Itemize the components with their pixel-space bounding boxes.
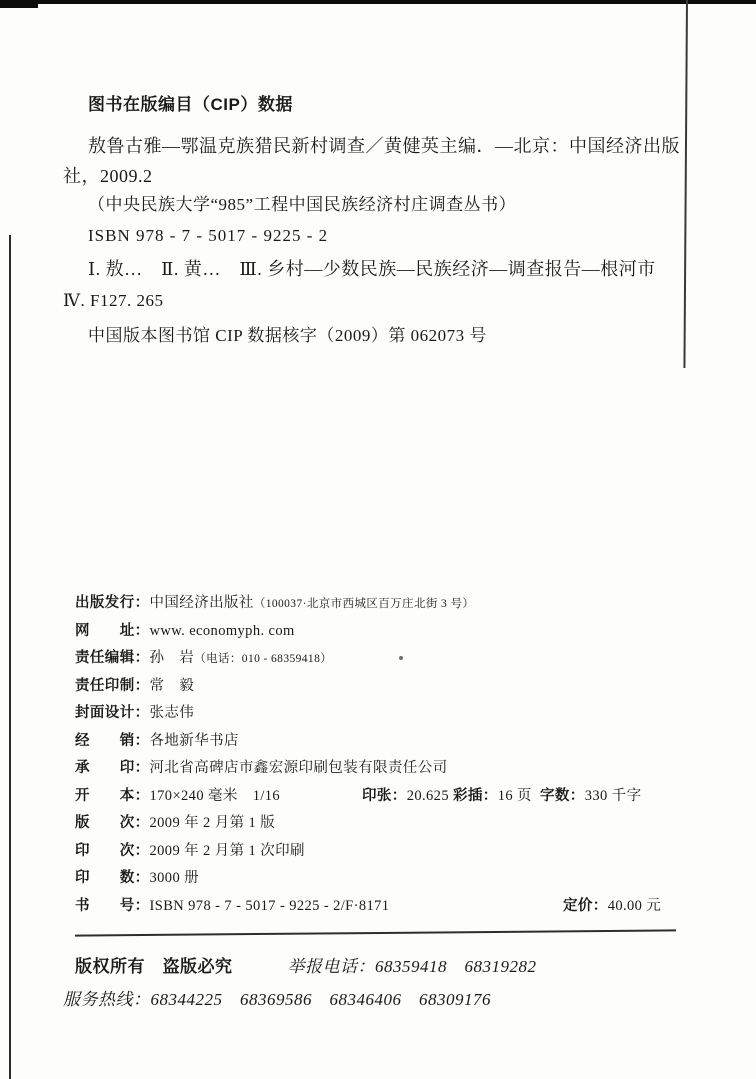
colophon-row-publisher: 出版发行：中国经济出版社（100037·北京市西城区百万庄北街 3 号） <box>75 590 700 618</box>
cip-classification-continuation: Ⅳ. F127. 265 <box>63 289 163 313</box>
colophon-value: 170×240 毫米 1/16 <box>150 788 281 804</box>
service-hotline-label: 服务热线： <box>63 990 151 1009</box>
colophon-value: 河北省高碑店市鑫宏源印刷包装有限责任公司 <box>150 760 448 776</box>
colophon-row-book-number: 书 号：ISBN 978 - 7 - 5017 - 9225 - 2/F·817… <box>75 893 700 921</box>
colophon-label: 出版发行： <box>75 595 150 611</box>
scan-edge-top <box>0 0 756 4</box>
publisher-address: （100037·北京市西城区百万庄北街 3 号） <box>254 598 474 610</box>
cip-isbn: ISBN 978 - 7 - 5017 - 9225 - 2 <box>63 224 328 248</box>
colophon-value: 中国经济出版社 <box>150 595 254 611</box>
scan-edge-top-left <box>0 0 38 8</box>
scan-edge-right <box>683 0 688 368</box>
colophon-row-cover-design: 封面设计：张志伟 <box>75 700 700 728</box>
colophon-label: 经 销： <box>75 733 150 749</box>
color-inserts-label: 彩插： <box>453 788 498 804</box>
colophon-value: 孙 岩 <box>150 650 195 666</box>
colophon-value: 2009 年 2 月第 1 版 <box>150 815 276 831</box>
price-field: 定价：40.00 元 <box>563 893 661 921</box>
color-inserts-field: 彩插：16 页 <box>453 783 532 811</box>
word-count-field: 字数：330 千字 <box>540 783 641 811</box>
colophon-row-editor: 责任编辑：孙 岩（电话：010 - 68359418） <box>75 645 700 673</box>
colophon-row-format: 开 本：170×240 毫米 1/16 印张：20.625 彩插：16 页 字数… <box>75 783 700 811</box>
word-count-value: 330 千字 <box>585 788 642 804</box>
colophon-label: 开 本： <box>75 788 150 804</box>
editor-phone: （电话：010 - 68359418） <box>194 653 332 665</box>
colophon-label: 责任编辑： <box>75 650 150 666</box>
footer-line-1: 版权所有 盗版必究举报电话：68359418 68319282 <box>75 952 537 977</box>
report-phone-label: 举报电话： <box>288 957 376 976</box>
colophon-label: 印 次： <box>75 843 150 859</box>
colophon-row-printer: 承 印：河北省高碑店市鑫宏源印刷包装有限责任公司 <box>75 755 700 783</box>
cip-header: 图书在版编目（CIP）数据 <box>63 93 293 117</box>
colophon-value: 2009 年 2 月第 1 次印刷 <box>150 843 305 859</box>
cip-classification: Ⅰ. 敖… Ⅱ. 黄… Ⅲ. 乡村—少数民族—民族经济—调查报告—根河市 <box>63 257 656 281</box>
copyright-notice: 版权所有 盗版必究 <box>75 957 233 976</box>
colophon-value: www. economyph. com <box>150 623 295 639</box>
colophon-label: 封面设计： <box>75 705 150 721</box>
color-inserts-value: 16 页 <box>498 788 532 804</box>
colophon-value: 3000 册 <box>150 870 200 886</box>
colophon-label: 书 号： <box>75 898 150 914</box>
scan-edge-left <box>9 235 11 1079</box>
colophon-label: 印 数： <box>75 870 150 886</box>
cip-title-line: 敖鲁古雅—鄂温克族猎民新村调查／黄健英主编．—北京：中国经济出版 <box>63 134 680 158</box>
cip-series: （中央民族大学“985”工程中国民族经济村庄调查丛书） <box>63 193 516 217</box>
colophon-label: 版 次： <box>75 815 150 831</box>
cip-title-continuation: 社，2009.2 <box>63 164 153 188</box>
colophon-value: ISBN 978 - 7 - 5017 - 9225 - 2/F·8171 <box>150 898 390 914</box>
service-hotline-numbers: 68344225 68369586 68346406 68309176 <box>151 990 492 1009</box>
colophon-label: 责任印制： <box>75 678 150 694</box>
report-phone-numbers: 68359418 68319282 <box>375 957 537 976</box>
price-label: 定价： <box>563 898 608 914</box>
colophon-row-impression: 印 次：2009 年 2 月第 1 次印刷 <box>75 838 700 866</box>
word-count-label: 字数： <box>540 788 585 804</box>
book-copyright-page: 图书在版编目（CIP）数据 敖鲁古雅—鄂温克族猎民新村调查／黄健英主编．—北京：… <box>0 0 756 1079</box>
colophon-value: 张志伟 <box>150 705 195 721</box>
colophon-value: 常 毅 <box>150 678 195 694</box>
colophon-section: 出版发行：中国经济出版社（100037·北京市西城区百万庄北街 3 号） 网 址… <box>75 590 700 920</box>
colophon-label: 网 址： <box>75 623 150 639</box>
colophon-row-print-run: 印 数：3000 册 <box>75 865 700 893</box>
colophon-label: 承 印： <box>75 760 150 776</box>
footer-line-2: 服务热线：68344225 68369586 68346406 68309176 <box>63 985 491 1010</box>
colophon-row-edition: 版 次：2009 年 2 月第 1 版 <box>75 810 700 838</box>
print-sheets-field: 印张：20.625 <box>362 783 449 811</box>
print-sheets-label: 印张： <box>362 788 407 804</box>
cip-record: 中国版本图书馆 CIP 数据核字（2009）第 062073 号 <box>63 324 487 348</box>
divider-rule <box>75 929 676 936</box>
print-sheets-value: 20.625 <box>407 788 449 804</box>
colophon-row-website: 网 址：www. economyph. com <box>75 618 700 646</box>
colophon-value: 各地新华书店 <box>150 733 239 749</box>
colophon-row-distributor: 经 销：各地新华书店 <box>75 728 700 756</box>
price-value: 40.00 元 <box>608 898 662 914</box>
colophon-row-print-supervisor: 责任印制：常 毅 <box>75 673 700 701</box>
